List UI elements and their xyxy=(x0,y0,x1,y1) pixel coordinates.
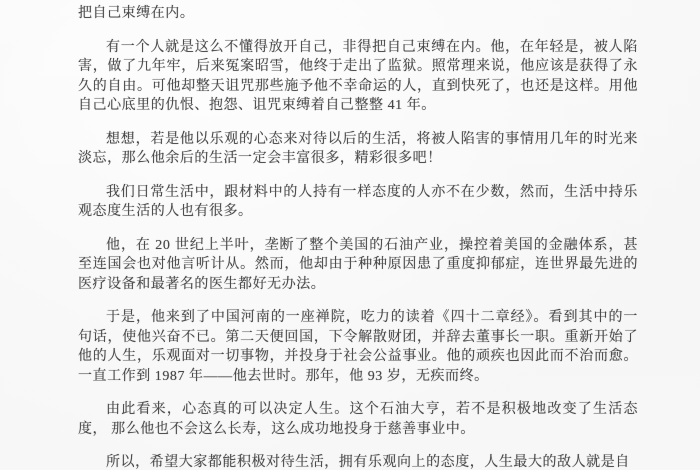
paragraph: 由此看来，心态真的可以决定人生。这个石油大亨，若不是积极地改变了生活态度， 那么… xyxy=(78,400,638,439)
paragraph: 于是，他来到了中国河南的一座禅院，吃力的读着《四十二章经》。看到其中的一 句话，… xyxy=(78,308,638,386)
paragraph: 我们日常生活中，跟材料中的人持有一样态度的人亦不在少数，然而，生活中持乐 观态度… xyxy=(78,183,638,222)
paragraph: 他，在 20 世纪上半叶，垄断了整个美国的石油产业，操控着美国的金融体系，甚 至… xyxy=(78,236,638,295)
document-body: 把自己束缚在内。有一个人就是这么不懂得放开自己，非得把自己束缚在内。他，在年轻是… xyxy=(78,4,638,470)
paragraph: 把自己束缚在内。 xyxy=(78,4,638,24)
document-page: 把自己束缚在内。有一个人就是这么不懂得放开自己，非得把自己束缚在内。他，在年轻是… xyxy=(0,0,700,470)
paragraph: 所以，希望大家都能积极对待生活，拥有乐观向上的态度，人生最大的敌人就是自 xyxy=(78,453,638,470)
paragraph: 有一个人就是这么不懂得放开自己，非得把自己束缚在内。他，在年轻是，被人陷害，做了… xyxy=(78,38,638,116)
paragraph: 想想，若是他以乐观的心态来对待以后的生活，将被人陷害的事情用几年的时光来 淡忘，… xyxy=(78,130,638,169)
